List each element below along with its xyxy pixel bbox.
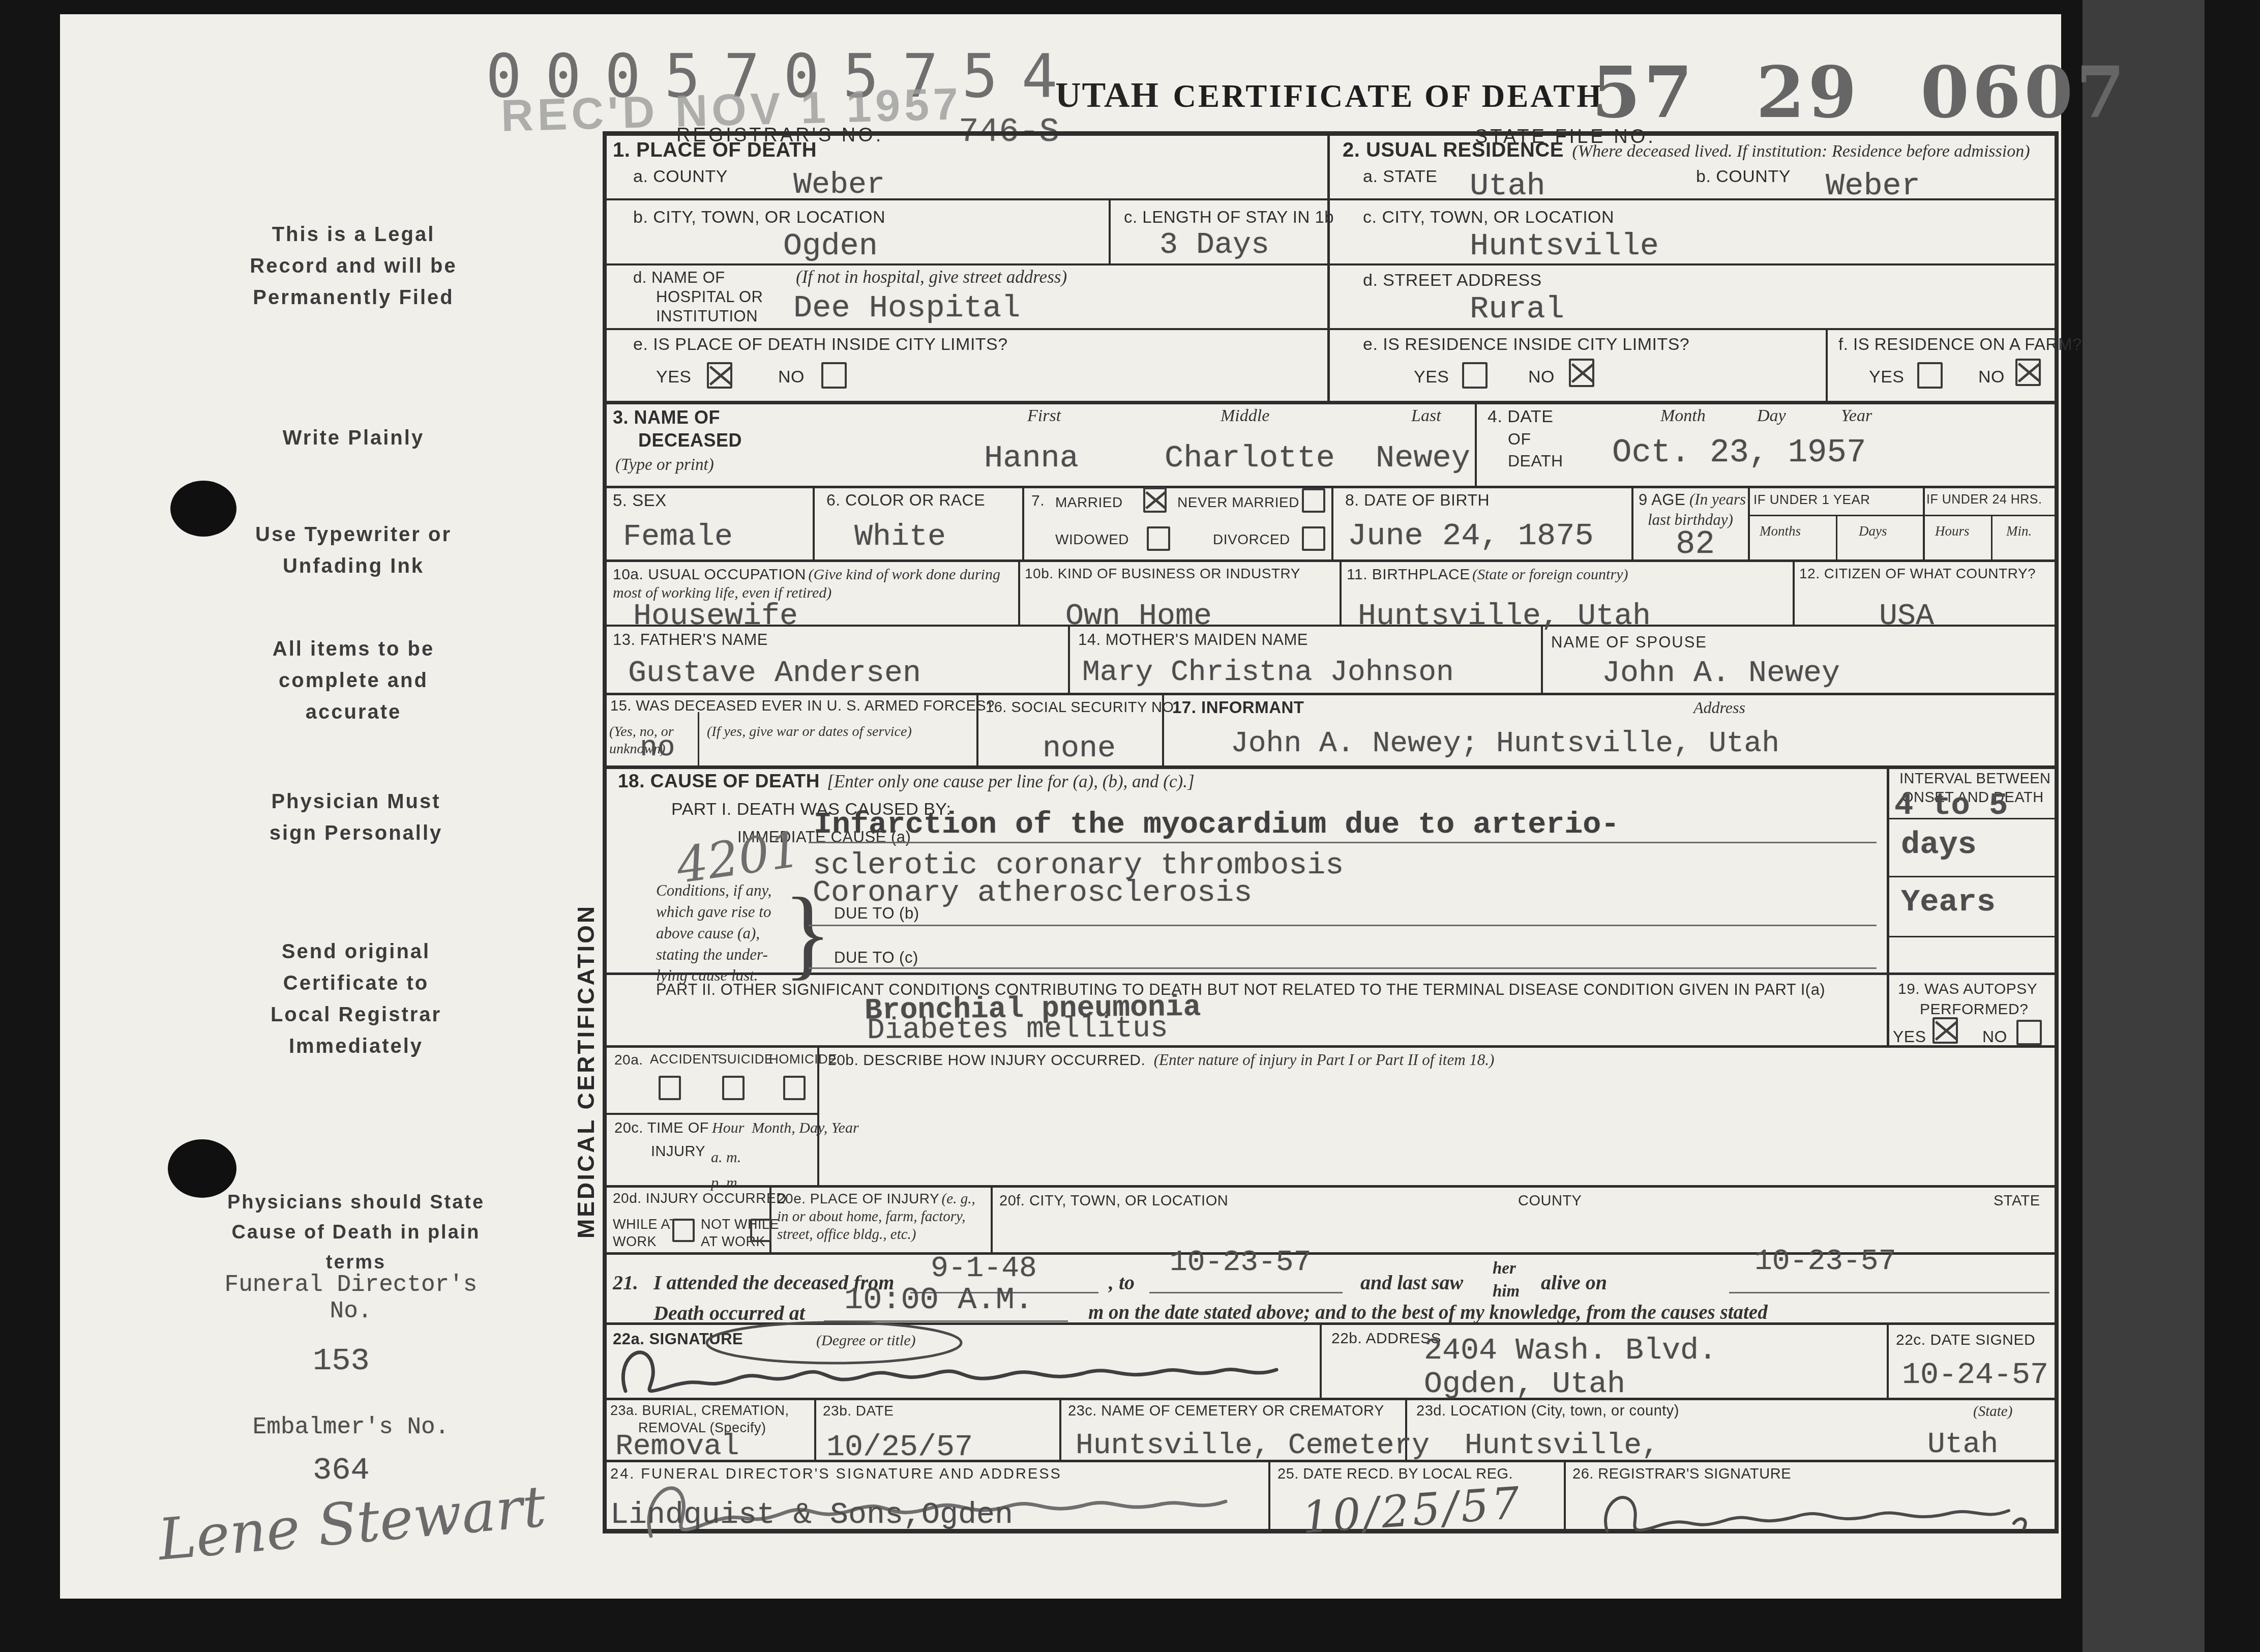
box14-label: 14. MOTHER'S MAIDEN NAME — [1078, 631, 1308, 649]
box7-never-married-checkbox — [1302, 488, 1325, 513]
box23b-label: 23b. DATE — [823, 1403, 894, 1419]
box21-from-value: 9-1-48 — [931, 1252, 1037, 1285]
margin-note-physician-sign: Physician Must sign Personally — [249, 786, 463, 849]
box10a-value: Housewife — [633, 599, 798, 634]
box9-days-header: Days — [1859, 523, 1887, 539]
box5-value: Female — [623, 520, 733, 554]
spouse-label: NAME OF SPOUSE — [1551, 633, 1707, 652]
box11-value: Huntsville, Utah — [1358, 599, 1651, 634]
box3-middle-value: Charlotte — [1165, 440, 1335, 476]
box1d-label-1: d. NAME OF — [633, 269, 725, 287]
box9-value: 82 — [1676, 526, 1715, 563]
box1a-label: a. COUNTY — [633, 167, 728, 187]
box1c-value: 3 Days — [1159, 228, 1269, 262]
title-utah: UTAH — [1055, 76, 1159, 115]
box17-address-header: Address — [1693, 698, 1745, 717]
box20b-label-row: 20b. DESCRIBE HOW INJURY OCCURRED. (Ente… — [828, 1050, 1494, 1070]
margin-note-complete-accurate: All items to be complete and accurate — [239, 633, 468, 728]
box16-label: 16. SOCIAL SECURITY NO. — [986, 699, 1178, 716]
box4-label-1: 4. DATE — [1488, 407, 1553, 427]
box20c-label-1: 20c. TIME OF — [614, 1120, 709, 1137]
box19-label-2: PERFORMED? — [1920, 1001, 2028, 1019]
box18-part2-value-2: Diabetes mellitus — [867, 1012, 1168, 1047]
box20f-county-header: COUNTY — [1518, 1193, 1582, 1209]
box9-months-header: Months — [1760, 523, 1801, 539]
box12-label: 12. CITIZEN OF WHAT COUNTRY? — [1799, 566, 2036, 582]
box21-her-label: her — [1493, 1259, 1516, 1279]
box1e-label: e. IS PLACE OF DEATH INSIDE CITY LIMITS? — [633, 335, 1008, 355]
box21-text-aliveon: alive on — [1541, 1271, 1607, 1295]
box20c-mdy-header: Month, Day, Year — [752, 1119, 859, 1137]
box3-last-header: Last — [1411, 406, 1441, 427]
box19-no-checkbox — [2016, 1020, 2042, 1045]
box7-divorced-checkbox — [1302, 526, 1325, 551]
box20c-am-label: a. m. — [711, 1148, 741, 1167]
box23c-label: 23c. NAME OF CEMETERY OR CREMATORY — [1068, 1403, 1384, 1420]
margin-note-send-original: Send original Certificate to Local Regis… — [254, 936, 458, 1062]
box10a-label: 10a. USUAL OCCUPATION — [613, 566, 806, 583]
box2d-value: Rural — [1470, 291, 1564, 327]
margin-note-write-plainly: Write Plainly — [231, 422, 475, 454]
funeral-director-no-value: 153 — [313, 1343, 370, 1379]
box3-label-2: DECEASED — [638, 430, 742, 451]
box9-label: 9 AGE — [1639, 491, 1685, 509]
box19-label-1: 19. WAS AUTOPSY — [1898, 981, 2037, 998]
box2e-yes-checkbox — [1462, 362, 1488, 389]
margin-note-legal-record: This is a Legal Record and will be Perma… — [244, 219, 463, 313]
box23d-state-value: Utah — [1927, 1428, 1998, 1461]
box3-note: (Type or print) — [615, 455, 714, 476]
box19-yes-label: YES — [1893, 1027, 1926, 1046]
box18-title-row: 18. CAUSE OF DEATH [Enter only one cause… — [618, 771, 1195, 792]
box8-value: June 24, 1875 — [1348, 518, 1594, 554]
margin-note-plain-terms: Physicians should State Cause of Death i… — [216, 1188, 496, 1278]
box20d-while-checkbox — [672, 1219, 695, 1242]
box18-due-to-b-label: DUE TO (b) — [834, 904, 919, 923]
state-file-number-stamp: 57 29 0607 — [1592, 51, 2128, 134]
box18-title-note: [Enter only one cause per line for (a), … — [827, 772, 1194, 791]
box4-label-3: DEATH — [1508, 452, 1563, 470]
box19-yes-checkbox — [1932, 1017, 1958, 1044]
box20c-label-2: INJURY — [651, 1143, 705, 1160]
box17-label: 17. INFORMANT — [1172, 698, 1304, 717]
embalmers-no-value: 364 — [313, 1452, 370, 1488]
box10a-label-row: 10a. USUAL OCCUPATION (Give kind of work… — [613, 566, 1015, 602]
box12-value: USA — [1879, 599, 1934, 634]
box2e-no-checkbox — [1569, 359, 1594, 387]
box9-under24-label: IF UNDER 24 HRS. — [1926, 492, 2042, 507]
box2a-value: Utah — [1470, 168, 1545, 204]
box2e-yes-label: YES — [1414, 367, 1449, 387]
interval-b-value: days — [1901, 827, 1977, 863]
box20d-while-label-1: WHILE AT — [613, 1217, 678, 1232]
box1-title: 1. PLACE OF DEATH — [613, 138, 817, 162]
box23c-value: Huntsville, Cemetery — [1076, 1429, 1430, 1462]
box4-day-header: Day — [1757, 406, 1786, 427]
box7-married-label: MARRIED — [1055, 494, 1123, 511]
box20a-homicide-label: HOMICIDE — [769, 1052, 837, 1067]
box21-to-value: 10-23-57 — [1170, 1246, 1311, 1279]
box21-text-to: , to — [1109, 1271, 1135, 1295]
box2f-no-label: NO — [1978, 367, 2005, 387]
box21-number: 21. — [613, 1271, 638, 1295]
box11-label: 11. BIRTHPLACE — [1347, 566, 1470, 583]
box3-label-1: 3. NAME OF — [613, 407, 720, 428]
box2f-yes-label: YES — [1869, 367, 1905, 387]
box20a-label: 20a. — [614, 1052, 643, 1068]
box20a-suicide-label: SUICIDE — [718, 1052, 774, 1067]
spouse-value: John A. Newey — [1602, 656, 1840, 691]
box6-label: 6. COLOR OR RACE — [826, 491, 985, 510]
margin-note-typewriter: Use Typewriter or Unfading Ink — [224, 519, 483, 582]
box13-value: Gustave Andersen — [628, 656, 921, 691]
box1d-value: Dee Hospital — [793, 290, 1020, 326]
box23a-label-1: 23a. BURIAL, CREMATION, — [610, 1403, 789, 1419]
box9-hours-header: Hours — [1935, 523, 1970, 539]
box1c-label: c. LENGTH OF STAY IN 1b — [1124, 208, 1334, 227]
box20f-state-header: STATE — [1994, 1193, 2040, 1209]
box15-note-2: (If yes, give war or dates of service) — [707, 723, 920, 741]
box15-label: 15. WAS DECEASED EVER IN U. S. ARMED FOR… — [610, 698, 995, 715]
box21-him-label: him — [1493, 1282, 1520, 1302]
box2-title-row: 2. USUAL RESIDENCE (Where deceased lived… — [1343, 138, 2030, 162]
box2e-no-label: NO — [1528, 367, 1555, 387]
box2b-value: Weber — [1826, 168, 1920, 204]
box4-label-2: OF — [1508, 430, 1531, 449]
physician-signature — [610, 1330, 1322, 1401]
box13-label: 13. FATHER'S NAME — [613, 631, 768, 649]
box3-first-value: Hanna — [984, 440, 1079, 476]
box6-value: White — [854, 520, 946, 554]
certificate-title: UTAH CERTIFICATE OF DEATH — [1055, 75, 1603, 116]
box14-value: Mary Christna Johnson — [1082, 656, 1454, 689]
box20e-label: 20e. PLACE OF INJURY — [777, 1191, 939, 1206]
box20c-pm-label: p. m. — [711, 1174, 741, 1192]
box11-note: (State or foreign country) — [1472, 566, 1628, 583]
box20c-hour-header: Hour — [712, 1119, 744, 1137]
box23a-value: Removal — [615, 1430, 739, 1463]
box18a-value-line1: Infarction of the myocardium due to arte… — [814, 808, 1619, 842]
box1d-note: (If not in hospital, give street address… — [796, 267, 1067, 288]
box1a-value: Weber — [793, 168, 885, 202]
box1b-value: Ogden — [783, 228, 878, 264]
box3-last-value: Newey — [1376, 440, 1470, 476]
box7-widowed-label: WIDOWED — [1055, 532, 1129, 548]
box19-no-label: NO — [1982, 1027, 2007, 1046]
funeral-director-no-label: Funeral Director's No. — [219, 1272, 483, 1324]
registrar-signature — [1592, 1475, 2039, 1546]
box7-divorced-label: DIVORCED — [1213, 532, 1290, 548]
box15-value: no — [640, 731, 675, 764]
box1d-label-3: INSTITUTION — [656, 307, 758, 326]
box7-married-checkbox — [1143, 487, 1167, 513]
box5-label: 5. SEX — [613, 491, 667, 510]
box1e-yes-label: YES — [656, 367, 692, 387]
box2f-label: f. IS RESIDENCE ON A FARM? — [1838, 335, 2082, 354]
box20e-label-row: 20e. PLACE OF INJURY (e. g., in or about… — [777, 1190, 983, 1243]
box22c-label: 22c. DATE SIGNED — [1896, 1332, 2035, 1349]
box20d-while-label-2: WORK — [613, 1234, 657, 1250]
title-certificate-of-death: CERTIFICATE OF DEATH — [1173, 78, 1604, 114]
embalmers-no-label: Embalmer's No. — [219, 1414, 483, 1440]
box3-middle-header: Middle — [1221, 406, 1269, 427]
box10b-label: 10b. KIND OF BUSINESS OR INDUSTRY — [1025, 566, 1300, 582]
box18-title: 18. CAUSE OF DEATH — [618, 771, 820, 791]
box11-label-row: 11. BIRTHPLACE (State or foreign country… — [1347, 566, 1628, 584]
box2f-no-checkbox — [2015, 359, 2041, 386]
box2d-label: d. STREET ADDRESS — [1363, 271, 1542, 290]
box23d-city-value: Huntsville, — [1465, 1429, 1659, 1462]
box7-never-married-label: NEVER MARRIED — [1177, 494, 1299, 511]
box10b-value: Own Home — [1065, 599, 1212, 634]
box20d-notwhile-checkbox — [750, 1219, 771, 1242]
interval-c-value: Years — [1901, 884, 1996, 920]
box4-year-header: Year — [1841, 406, 1872, 427]
box20b-note: (Enter nature of injury in Part I or Par… — [1154, 1051, 1495, 1069]
box7-widowed-checkbox — [1147, 526, 1170, 551]
box1e-no-label: NO — [778, 367, 805, 387]
interval-label-1: INTERVAL BETWEEN — [1899, 771, 2051, 787]
box23d-label: 23d. LOCATION (City, town, or county) — [1416, 1403, 1679, 1420]
box8-label: 8. DATE OF BIRTH — [1345, 491, 1490, 510]
box17-value: John A. Newey; Huntsville, Utah — [1231, 727, 1779, 760]
box1e-yes-checkbox — [707, 362, 732, 389]
box9-note-1: (In years — [1689, 490, 1746, 509]
box23d-state-note: (State) — [1973, 1403, 2012, 1421]
box21-text-lastsaw: and last saw — [1360, 1271, 1463, 1295]
box7-label: 7. — [1031, 492, 1045, 510]
box2e-label: e. IS RESIDENCE INSIDE CITY LIMITS? — [1363, 335, 1689, 355]
box2b-label: b. COUNTY — [1696, 167, 1791, 187]
box2-title-note: (Where deceased lived. If institution: R… — [1572, 142, 2030, 161]
scanner-background-band — [2083, 0, 2205, 1652]
box20a-suicide-checkbox — [722, 1076, 745, 1100]
box23b-value: 10/25/57 — [826, 1430, 973, 1465]
box1b-label: b. CITY, TOWN, OR LOCATION — [633, 208, 885, 227]
box18-conditions-note: Conditions, if any, which gave rise to a… — [656, 880, 786, 986]
box2a-label: a. STATE — [1363, 167, 1437, 187]
box22b-value-line2: Ogden, Utah — [1424, 1367, 1625, 1402]
box22c-value: 10-24-57 — [1902, 1358, 2048, 1393]
box21-time-value: 10:00 A.M. — [844, 1282, 1033, 1318]
box4-value: Oct. 23, 1957 — [1612, 435, 1866, 471]
box2c-value: Huntsville — [1470, 228, 1659, 264]
interval-a-value: 4 to 5 — [1894, 787, 2008, 823]
box22b-value-line1: 2404 Wash. Blvd. — [1424, 1334, 1717, 1368]
box20f-label: 20f. CITY, TOWN, OR LOCATION — [999, 1193, 1228, 1209]
box3-first-header: First — [1027, 406, 1061, 427]
box4-month-header: Month — [1660, 406, 1706, 427]
box18-part2-label: PART II. OTHER SIGNIFICANT CONDITIONS CO… — [656, 981, 1866, 999]
medical-certification-vertical-label: MEDICAL CERTIFICATION — [573, 776, 600, 1366]
box20b-label: 20b. DESCRIBE HOW INJURY OCCURRED. — [828, 1052, 1145, 1069]
box2f-yes-checkbox — [1917, 362, 1943, 389]
box24-value: Lindquist & Sons,Ogden — [610, 1498, 1013, 1532]
box21-text-death-occurred: Death occurred at — [653, 1301, 805, 1325]
box20d-label: 20d. INJURY OCCURRED — [613, 1190, 787, 1206]
box16-value: none — [1043, 731, 1116, 766]
box20a-homicide-checkbox — [783, 1076, 806, 1100]
box20a-accident-label: ACCIDENT — [650, 1052, 720, 1067]
box1e-no-checkbox — [821, 362, 847, 389]
box1d-label-2: HOSPITAL OR — [656, 288, 763, 306]
death-certificate-scan: This is a Legal Record and will be Perma… — [0, 0, 2260, 1652]
box9-under1yr-label: IF UNDER 1 YEAR — [1753, 492, 1870, 508]
box20a-accident-checkbox — [659, 1076, 681, 1100]
box21-alive-value: 10-23-57 — [1755, 1245, 1896, 1278]
box2c-label: c. CITY, TOWN, OR LOCATION — [1363, 208, 1614, 227]
box18-due-to-c-label: DUE TO (c) — [834, 949, 918, 967]
box21-text-on-date: m on the date stated above; and to the b… — [1088, 1301, 1768, 1325]
box9-min-header: Min. — [2006, 523, 2032, 539]
box2-title: 2. USUAL RESIDENCE — [1343, 139, 1564, 161]
